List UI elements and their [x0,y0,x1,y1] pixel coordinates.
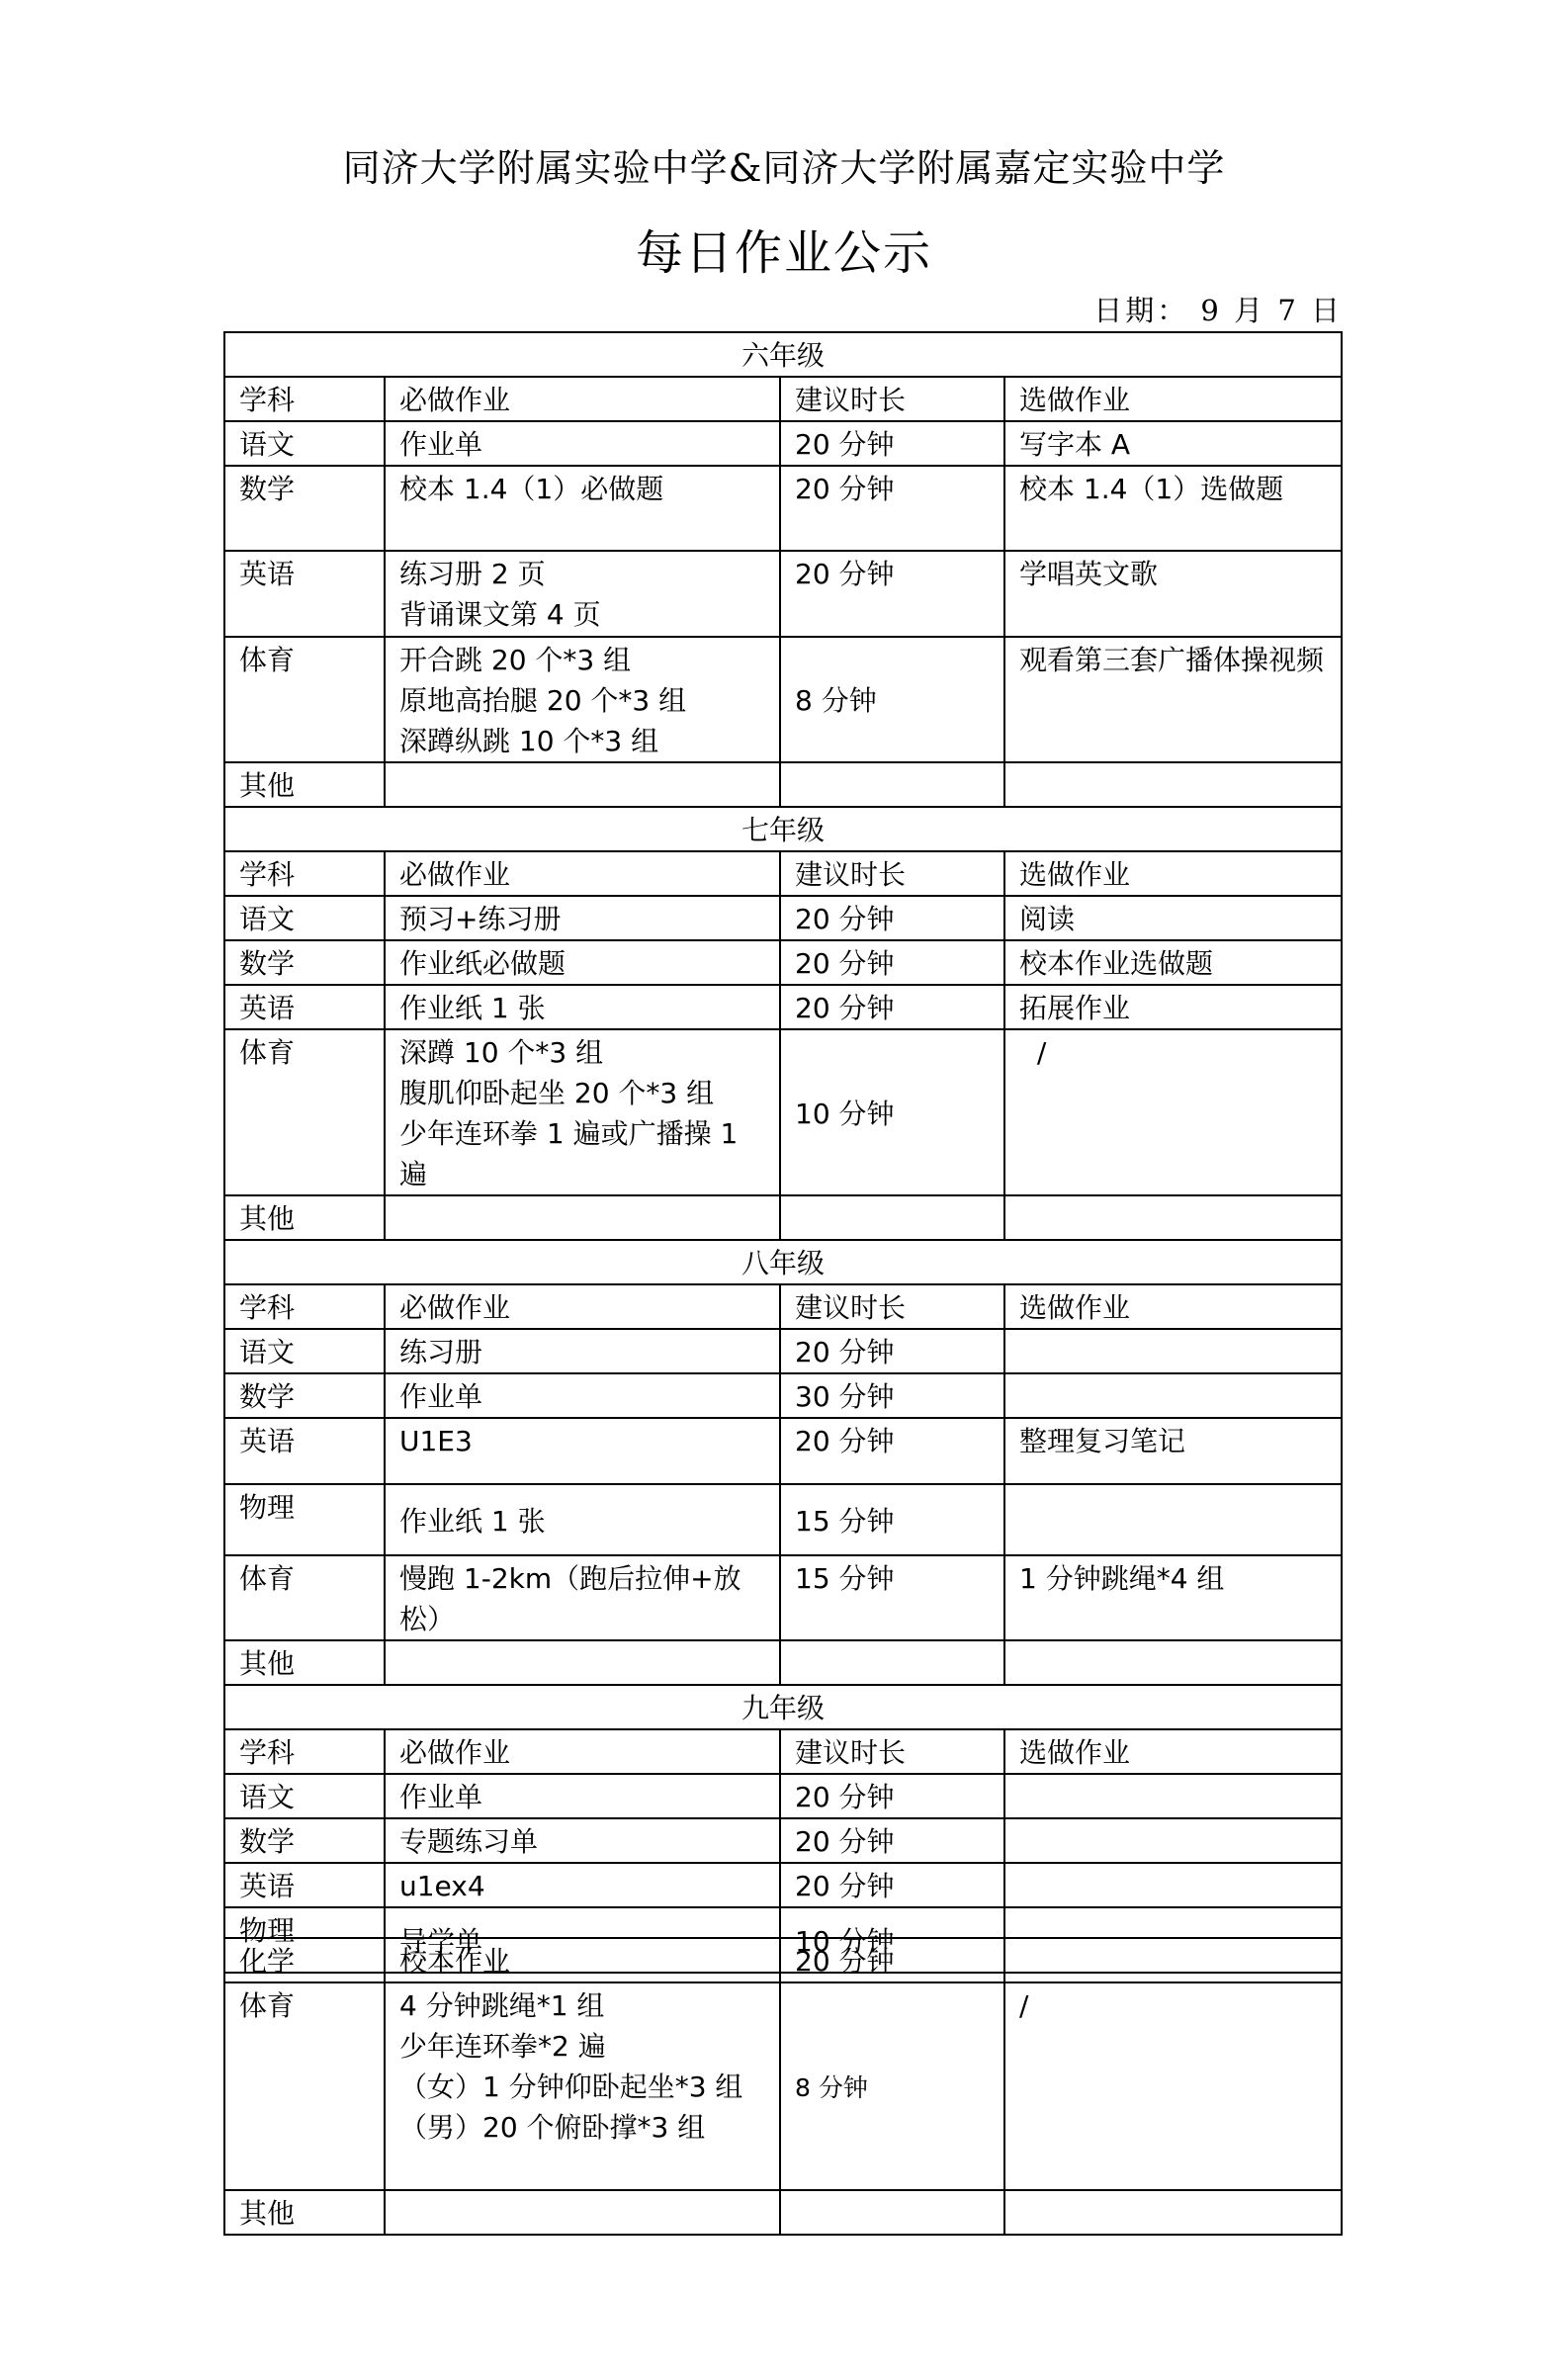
header-subject: 学科 [224,1729,385,1774]
duration-cell [780,2190,1004,2235]
required-cell: 作业纸必做题 [385,940,780,985]
required-cell: 慢跑 1-2km（跑后拉伸+放松） [385,1555,780,1640]
required-cell: 作业纸 1 张 [385,985,780,1029]
header-subject: 学科 [224,377,385,421]
header-duration: 建议时长 [780,1729,1004,1774]
subject-cell: 数学 [224,1818,385,1863]
table-row: 体育 开合跳 20 个*3 组 原地高抬腿 20 个*3 组 深蹲纵跳 10 个… [224,637,1342,762]
header-duration: 建议时长 [780,1284,1004,1329]
grade-label: 六年级 [224,332,1342,377]
duration-cell: 20 分钟 [780,985,1004,1029]
grade-label: 九年级 [224,1685,1342,1729]
header-required: 必做作业 [385,1284,780,1329]
optional-cell: 观看第三套广播体操视频 [1004,637,1342,762]
school-title: 同济大学附属实验中学&同济大学附属嘉定实验中学 [0,143,1568,193]
grade-row-9: 九年级 [224,1685,1342,1729]
subject-cell: 其他 [224,1640,385,1685]
duration-cell: 20 分钟 [780,551,1004,637]
grade-row-6: 六年级 [224,332,1342,377]
table-row: 语文 练习册 20 分钟 [224,1329,1342,1373]
table-row: 数学 专题练习单 20 分钟 [224,1818,1342,1863]
subject-cell: 体育 [224,1555,385,1640]
duration-cell: 8 分钟 [780,1982,1004,2190]
optional-cell: 拓展作业 [1004,985,1342,1029]
required-cell: 作业单 [385,1774,780,1818]
duration-cell: 15 分钟 [780,1484,1004,1555]
table-row: 体育 深蹲 10 个*3 组 腹肌仰卧起坐 20 个*3 组 少年连环拳 1 遍… [224,1029,1342,1195]
header-row: 学科 必做作业 建议时长 选做作业 [224,1729,1342,1774]
duration-cell: 20 分钟 [780,421,1004,466]
subject-cell: 体育 [224,1029,385,1195]
header-optional: 选做作业 [1004,1284,1342,1329]
subject-cell: 语文 [224,1329,385,1373]
header-subject: 学科 [224,1284,385,1329]
duration-cell: 8 分钟 [780,637,1004,762]
table-row: 语文 作业单 20 分钟 [224,1774,1342,1818]
duration-cell: 20 分钟 [780,1863,1004,1907]
subject-cell: 语文 [224,421,385,466]
required-cell [385,762,780,807]
duration-cell: 20 分钟 [780,466,1004,551]
required-cell: 4 分钟跳绳*1 组 少年连环拳*2 遍 （女）1 分钟仰卧起坐*3 组 （男）… [385,1982,780,2190]
required-cell [385,2190,780,2235]
header-optional: 选做作业 [1004,1729,1342,1774]
optional-cell [1004,1329,1342,1373]
table-row: 其他 [224,1640,1342,1685]
subject-cell: 体育 [224,1982,385,2190]
table-row: 其他 [224,762,1342,807]
grade-row-7: 七年级 [224,807,1342,851]
required-cell: 深蹲 10 个*3 组 腹肌仰卧起坐 20 个*3 组 少年连环拳 1 遍或广播… [385,1029,780,1195]
subject-cell: 化学 [224,1938,385,1982]
required-cell: 作业单 [385,421,780,466]
duration-cell: 20 分钟 [780,940,1004,985]
table-row: 数学 校本 1.4（1）必做题 20 分钟 校本 1.4（1）选做题 [224,466,1342,551]
optional-cell [1004,1484,1342,1555]
table-row: 英语 u1ex4 20 分钟 [224,1863,1342,1907]
duration-cell: 15 分钟 [780,1555,1004,1640]
table-row: 语文 作业单 20 分钟 写字本 A [224,421,1342,466]
subject-cell: 英语 [224,1418,385,1484]
optional-cell [1004,1863,1342,1907]
required-cell: 作业纸 1 张 [385,1484,780,1555]
subject-cell: 其他 [224,762,385,807]
optional-cell [1004,1195,1342,1240]
header-duration: 建议时长 [780,377,1004,421]
table-row: 数学 作业单 30 分钟 [224,1373,1342,1418]
required-cell: 作业单 [385,1373,780,1418]
header-required: 必做作业 [385,1729,780,1774]
subject-cell: 其他 [224,2190,385,2235]
header-required: 必做作业 [385,851,780,896]
grade-label: 八年级 [224,1240,1342,1284]
optional-cell [1004,1938,1342,1982]
table-row: 英语 U1E3 20 分钟 整理复习笔记 [224,1418,1342,1484]
duration-cell [780,1640,1004,1685]
duration-cell: 20 分钟 [780,896,1004,940]
header-optional: 选做作业 [1004,851,1342,896]
homework-table: 六年级 学科 必做作业 建议时长 选做作业 语文 作业单 20 分钟 写字本 A… [223,331,1343,1974]
subject-cell: 英语 [224,1863,385,1907]
optional-cell: 校本作业选做题 [1004,940,1342,985]
required-cell: 练习册 [385,1329,780,1373]
optional-cell: 学唱英文歌 [1004,551,1342,637]
duration-cell: 20 分钟 [780,1938,1004,1982]
duration-cell: 20 分钟 [780,1818,1004,1863]
subject-cell: 其他 [224,1195,385,1240]
required-cell: 预习+练习册 [385,896,780,940]
grade-label: 七年级 [224,807,1342,851]
required-cell: 校本作业 [385,1938,780,1982]
duration-cell [780,762,1004,807]
duration-cell [780,1195,1004,1240]
subject-cell: 体育 [224,637,385,762]
required-cell: 练习册 2 页 背诵课文第 4 页 [385,551,780,637]
optional-cell: / [1004,1029,1342,1195]
duration-cell: 20 分钟 [780,1418,1004,1484]
table-row: 物理 作业纸 1 张 15 分钟 [224,1484,1342,1555]
table-row: 语文 预习+练习册 20 分钟 阅读 [224,896,1342,940]
required-cell [385,1195,780,1240]
duration-cell: 20 分钟 [780,1329,1004,1373]
date-label: 日期： 9 月 7 日 [1093,292,1343,329]
page-title: 每日作业公示 [0,223,1568,283]
table-row: 体育 4 分钟跳绳*1 组 少年连环拳*2 遍 （女）1 分钟仰卧起坐*3 组 … [224,1982,1342,2190]
header-duration: 建议时长 [780,851,1004,896]
header-optional: 选做作业 [1004,377,1342,421]
required-cell: 校本 1.4（1）必做题 [385,466,780,551]
subject-cell: 数学 [224,466,385,551]
optional-cell: 写字本 A [1004,421,1342,466]
subject-cell: 英语 [224,985,385,1029]
table-row: 数学 作业纸必做题 20 分钟 校本作业选做题 [224,940,1342,985]
optional-cell: 阅读 [1004,896,1342,940]
grade-row-8: 八年级 [224,1240,1342,1284]
header-row: 学科 必做作业 建议时长 选做作业 [224,1284,1342,1329]
optional-cell: 整理复习笔记 [1004,1418,1342,1484]
table-row: 英语 练习册 2 页 背诵课文第 4 页 20 分钟 学唱英文歌 [224,551,1342,637]
optional-cell [1004,1640,1342,1685]
subject-cell: 数学 [224,1373,385,1418]
duration-cell: 30 分钟 [780,1373,1004,1418]
optional-cell [1004,1818,1342,1863]
subject-cell: 物理 [224,1484,385,1555]
required-cell: u1ex4 [385,1863,780,1907]
table-row: 其他 [224,2190,1342,2235]
subject-cell: 数学 [224,940,385,985]
duration-cell: 20 分钟 [780,1774,1004,1818]
optional-cell: / [1004,1982,1342,2190]
header-subject: 学科 [224,851,385,896]
table-row: 其他 [224,1195,1342,1240]
table-row: 化学 校本作业 20 分钟 [224,1938,1342,1982]
header-row: 学科 必做作业 建议时长 选做作业 [224,851,1342,896]
optional-cell: 1 分钟跳绳*4 组 [1004,1555,1342,1640]
required-cell: 开合跳 20 个*3 组 原地高抬腿 20 个*3 组 深蹲纵跳 10 个*3 … [385,637,780,762]
duration-cell: 10 分钟 [780,1029,1004,1195]
optional-cell [1004,2190,1342,2235]
required-cell [385,1640,780,1685]
required-cell: U1E3 [385,1418,780,1484]
header-row: 学科 必做作业 建议时长 选做作业 [224,377,1342,421]
subject-cell: 英语 [224,551,385,637]
optional-cell: 校本 1.4（1）选做题 [1004,466,1342,551]
optional-cell [1004,762,1342,807]
homework-table-continued: 化学 校本作业 20 分钟 体育 4 分钟跳绳*1 组 少年连环拳*2 遍 （女… [223,1937,1343,2236]
subject-cell: 语文 [224,1774,385,1818]
optional-cell [1004,1774,1342,1818]
required-cell: 专题练习单 [385,1818,780,1863]
table-row: 体育 慢跑 1-2km（跑后拉伸+放松） 15 分钟 1 分钟跳绳*4 组 [224,1555,1342,1640]
optional-cell [1004,1373,1342,1418]
header-required: 必做作业 [385,377,780,421]
subject-cell: 语文 [224,896,385,940]
table-row: 英语 作业纸 1 张 20 分钟 拓展作业 [224,985,1342,1029]
